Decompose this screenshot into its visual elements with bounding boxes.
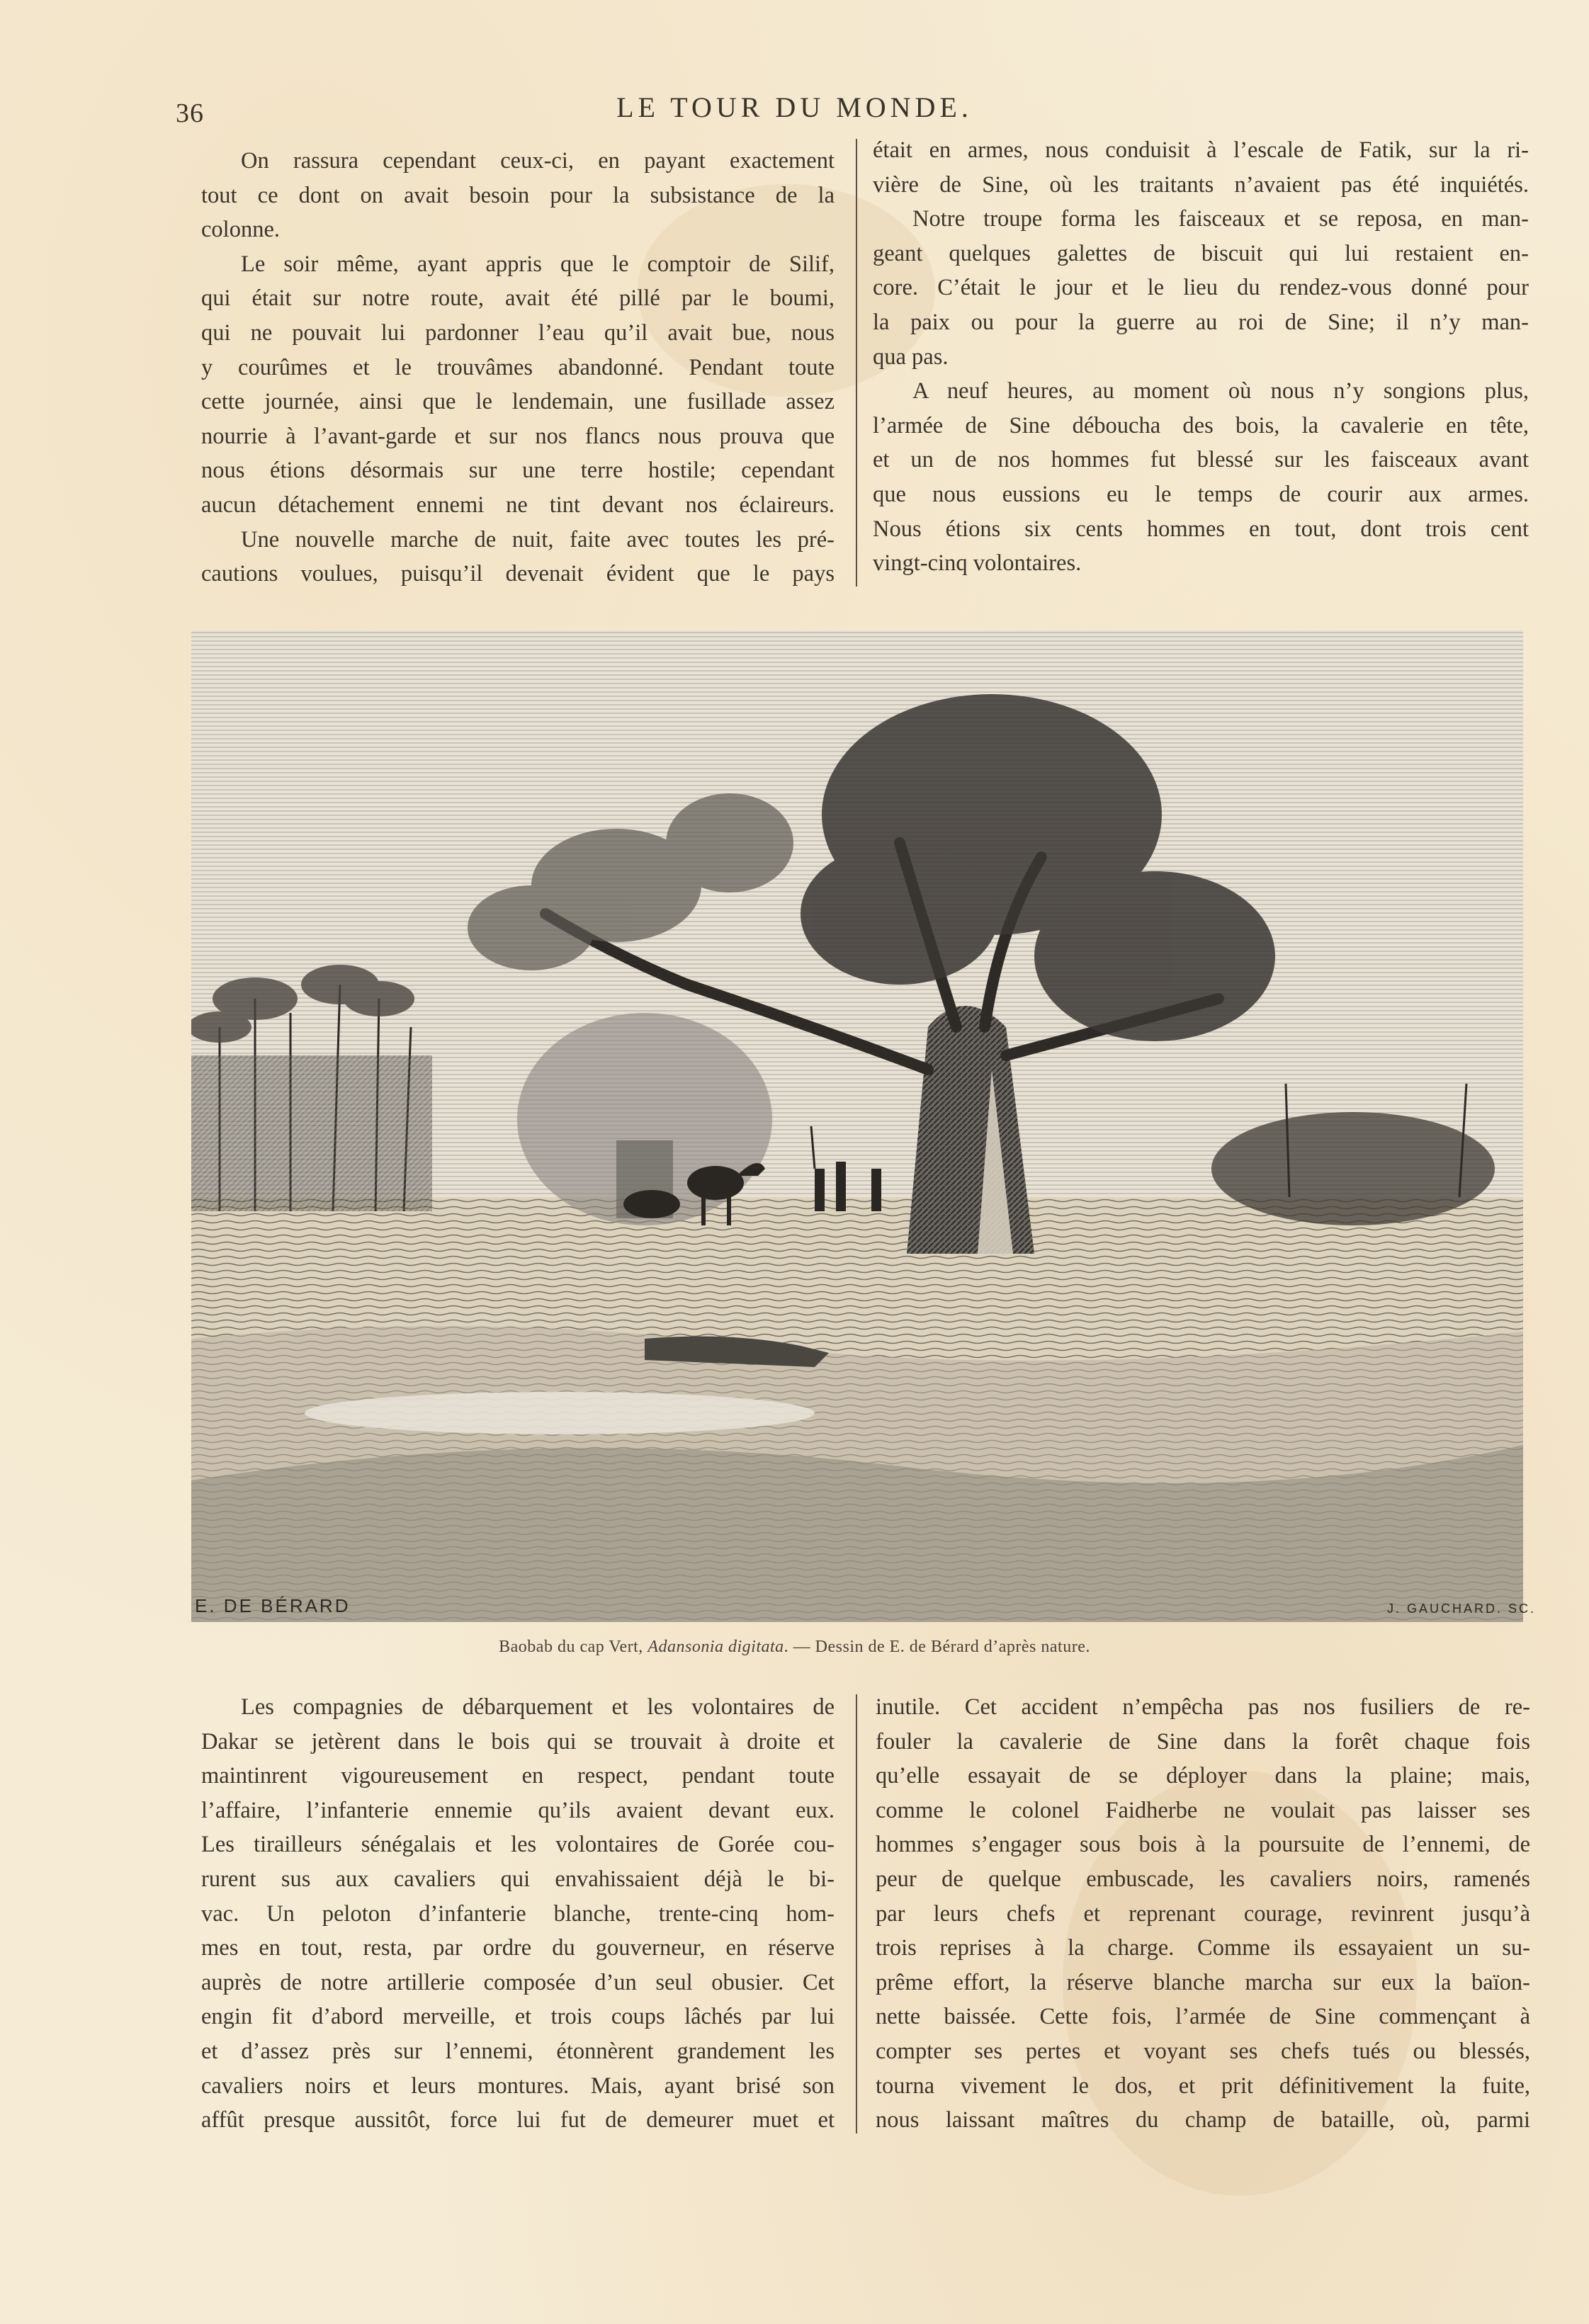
text-line: tout ce dont on avait besoin pour la sub… [201,178,835,213]
text-line: qui était sur notre route, avait été pil… [201,281,835,316]
text-line: colonne. [201,212,835,247]
column-top-left: On rassura cependant ceux-ci, en payant … [201,144,835,591]
column-divider [856,1694,857,2133]
text-line: rurent sus aux cavaliers qui envahissaie… [201,1862,835,1897]
text-line: l’affaire, l’infanterie ennemie qu’ils a… [201,1793,835,1828]
artist-signature: E. DE BÉRARD [195,1595,351,1617]
text-line: cette journée, ainsi que le lendemain, u… [201,385,835,419]
column-top-right: était en armes, nous conduisit à l’escal… [873,133,1529,581]
column-bottom-right: inutile. Cet accident n’empêcha pas nos … [876,1690,1530,2138]
text-line: et d’assez près sur l’ennemi, étonnèrent… [201,2034,835,2069]
text-line: maintinrent vigoureusement en respect, p… [201,1759,835,1793]
text-line: cautions voulues, puisqu’il devenait évi… [201,557,835,591]
text-line: tourna vivement le dos, et prit définiti… [876,2069,1530,2104]
baobab-engraving [191,630,1523,1622]
text-line: Une nouvelle marche de nuit, faite avec … [201,523,835,557]
text-line: vingt-cinq volontaires. [873,546,1529,581]
text-line: aucun détachement ennemi ne tint devant … [201,488,835,523]
column-divider [856,139,857,586]
text-line: qui ne pouvait lui pardonner l’eau qu’il… [201,316,835,351]
text-line: mes en tout, resta, par ordre du gouvern… [201,1931,835,1966]
engraver-signature: J. GAUCHARD. SC. [1387,1602,1536,1616]
text-line: l’armée de Sine déboucha des bois, la ca… [873,409,1529,443]
running-title: LE TOUR DU MONDE. [0,91,1589,124]
text-line: Les tirailleurs sénégalais et les volont… [201,1827,835,1862]
text-line: compter ses pertes et voyant ses chefs t… [876,2034,1530,2069]
text-line: engin fit d’abord merveille, et trois co… [201,2000,835,2034]
text-line: vac. Un peloton d’infanterie blanche, tr… [201,1897,835,1932]
text-line: nette baissée. Cette fois, l’armée de Si… [876,2000,1530,2034]
caption-text: Baobab du cap Vert, [499,1638,648,1656]
text-line: Les compagnies de débarquement et les vo… [201,1690,835,1725]
text-line: nous laissant maîtres du champ de batail… [876,2103,1530,2138]
text-line: qua pas. [873,340,1529,375]
text-line: cavaliers noirs et leurs montures. Mais,… [201,2069,835,2104]
figure-caption: Baobab du cap Vert, Adansonia digitata. … [0,1638,1589,1657]
text-line: affût presque aussitôt, force lui fut de… [201,2103,835,2138]
text-line: et un de nos hommes fut blessé sur les f… [873,443,1529,477]
text-line: Dakar se jetèrent dans le bois qui se tr… [201,1725,835,1759]
text-line: y courûmes et le trouvâmes abandonné. Pe… [201,351,835,385]
text-line: fouler la cavalerie de Sine dans la forê… [876,1725,1530,1759]
text-line: comme le colonel Faidherbe ne voulait pa… [876,1793,1530,1828]
text-line: Notre troupe forma les faisceaux et se r… [873,202,1529,237]
text-line: geant quelques galettes de biscuit qui l… [873,237,1529,271]
text-line: On rassura cependant ceux-ci, en payant … [201,144,835,178]
text-line: auprès de notre artillerie composée d’un… [201,1966,835,2000]
text-line: peur de quelque embuscade, les cavaliers… [876,1862,1530,1897]
text-line: Le soir même, ayant appris que le compto… [201,247,835,282]
text-line: trois reprises à la charge. Comme ils es… [876,1931,1530,1966]
caption-species-name: Adansonia digitata [648,1638,784,1656]
text-line: hommes s’engager sous bois à la poursuit… [876,1827,1530,1862]
caption-credit: . — Dessin de E. de Bérard d’après natur… [784,1638,1090,1656]
text-line: prême effort, la réserve blanche marcha … [876,1966,1530,2000]
text-line: inutile. Cet accident n’empêcha pas nos … [876,1690,1530,1725]
text-line: core. C’était le jour et le lieu du rend… [873,271,1529,305]
text-line: nourrie à l’avant-garde et sur nos flanc… [201,419,835,454]
text-line: vière de Sine, où les traitants n’avaien… [873,168,1529,203]
column-bottom-left: Les compagnies de débarquement et les vo… [201,1690,835,2138]
text-line: était en armes, nous conduisit à l’escal… [873,133,1529,168]
text-line: Nous étions six cents hommes en tout, do… [873,512,1529,547]
text-line: la paix ou pour la guerre au roi de Sine… [873,305,1529,340]
text-line: qu’elle essayait de se déployer dans la … [876,1759,1530,1793]
text-line: par leurs chefs et reprenant courage, re… [876,1897,1530,1932]
text-line: nous étions désormais sur une terre host… [201,453,835,488]
text-line: que nous eussions eu le temps de courir … [873,477,1529,512]
baobab-tree-icon [191,630,1523,1622]
text-line: A neuf heures, au moment où nous n’y son… [873,374,1529,409]
